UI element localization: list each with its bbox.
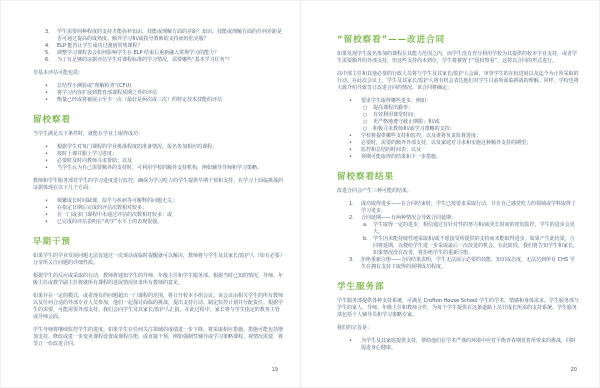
sub-list-item-text: 提高课程出勤率； [373,105,579,112]
bullet-icon: • [45,165,57,172]
list-letter: b. [363,236,373,257]
list-item: • 监控和总结的时间表；以及 [337,147,579,154]
services-paragraph: 我们的宗旨是： [337,325,579,332]
bullet-icon: • [45,198,57,205]
bullet-icon: • [349,338,361,352]
result-sub-item: a. 学生取得一定的进步，相信通过有针对性的努力和/或更长时间的密切监控，学生的… [337,222,579,236]
list-item-text: 当学生认为自己需要额外的支持时，可利用学校的额外支持机构，例如辅导导师和学习策略… [57,165,284,172]
question-list: 3. 学生需要何种程度的支持才能弥补知识、技能或理解方面的差距？知识、技能或理解… [33,29,284,64]
list-item: • 衡量已经或将被展示至少一次（最好是两次或三次）的特定技术技能的评估 [33,97,284,104]
result-text: 成功取得进步——在合同结束时，学生已按要求采取行动，并在自己感觉吃力的领域或学科… [361,201,579,215]
question-text: 学生需要何种程度的支持才能弥补知识、技能或理解方面的差距？知识、技能或理解方面的… [57,29,284,43]
page-left: 3. 学生需要何种程度的支持才能弥补知识、技能或理解方面的差距？知识、技能或理解… [1,1,300,387]
bullet-icon: • [45,83,57,90]
list-item: • 频繁或长时间缺课，似乎与疾病等可解释的问题无关； [33,198,284,205]
list-item: • 必要时，需要的额外外部支持，以及家庭对寻求和实施这种额外支持的期望； [337,140,579,147]
list-item: • 已完成的评估表明在“初学”水平上的表现很强。 [33,219,284,226]
list-item-text: 必要时及时向教师寻求帮助；以及 [57,158,284,165]
question-text: ELP 能否让学生成功过渡到常规课程？ [57,43,284,50]
sub-list-item: ○ 更严格地遵守截止期限；和/或 [337,119,579,126]
list-number: 5. [45,50,57,57]
non-basic-intro: 非基本评估可能包括： [33,70,284,77]
section-heading-results: 留校察看结果 [337,170,579,182]
sub-list-item: ○ 有效利用课堂时间； [337,112,579,119]
bullet-icon: • [45,90,57,97]
result-item: 1. 成功取得进步——在合同结束时，学生已按要求采取行动，并在自己感觉吃力的领域… [337,201,579,215]
bullet-icon: • [349,154,361,161]
section-heading-early-intervention: 早期干预 [33,235,284,247]
bullet-icon: • [349,147,361,154]
early-paragraph: 如果学生的学业发展问题无法仅通过一次谈话或临时提醒就可以解决，教师将与学生及其家… [33,253,284,267]
question-text: 为了有足够的证据评估学生对课程标准的学习情况，需要哪些“基本学习任务”？ [57,57,284,64]
monitor-list: • 频繁或长时间缺课，似乎与疾病等可解释的问题无关； • 在指定日期后完成的评估… [33,198,284,226]
early-paragraph: 如果存在一定的模式，或者现有的问题超出一门课程的范围，将召开校本小组会议。该会议… [33,293,284,321]
list-item: • 为学生及其家庭提供支持，帮助他们在学术严谨的环境中应对平衡青春期发育所带来的… [337,338,579,352]
list-item: • 必要时及时向教师寻求帮助；以及 [33,158,284,165]
bullet-icon: • [45,151,57,158]
list-number: 6. [45,57,57,64]
list-number: 3. [349,257,361,271]
result-sub-text: 学生取得一定的进步，相信通过有针对性的努力和/或更长时间的密切监控，学生的进步会… [373,222,579,236]
list-item-text: 已完成的评估表明在“初学”水平上的表现很强。 [57,219,284,226]
result-sub-item: b. 学生因未能持续性地采取和/或不愿接受所提供的支持而未能取得进步。如果产生此… [337,236,579,257]
result-text: 合同延期——有两种情况会导致合同延期： [361,215,579,222]
bullet-icon: • [45,212,57,219]
sub-list-item: ○ 积极寻求教师和/或学习策略的支持； [337,126,579,133]
probation-list: • 根据学生对每门课程的学业挑战程度的准备情况，报名参加相应的课程； • 按时上… [33,144,284,172]
services-paragraph: 学生服务部提供各种支持系统，可满足 Crofton House School 学… [337,298,579,319]
list-item-text: 必要时，需要的额外外部支持，以及家庭对寻求和实施这种额外支持的期望； [361,140,579,147]
question-item: 3. 学生需要何种程度的支持才能弥补知识、技能或理解方面的差距？知识、技能或理解… [33,29,284,43]
question-item: 6. 为了有足够的证据评估学生对课程标准的学习情况，需要哪些“基本学习任务”？ [33,57,284,64]
contract-list: • 要求学生取得哪些进步，例如： ○ 提高课程出勤率； ○ 有效利用课堂时间； … [337,98,579,161]
list-number: 2. [349,215,361,222]
sub-bullet-icon: ○ [363,126,373,133]
list-letter: a. [363,222,373,236]
sub-list-item: ○ 提高课程出勤率； [337,105,579,112]
page-seam-divider [299,1,302,387]
bullet-icon: • [349,133,361,140]
bullet-icon: • [45,219,57,226]
question-text: 调整学习课程表会如何影响学生在 ELP 结束后重新融入常规学习的能力？ [57,50,284,57]
sub-list-item-text: 更严格地遵守截止期限；和/或 [373,119,579,126]
page-number: 20 [571,367,577,373]
list-item: • 当学生认为自己需要额外的支持时，可利用学校的额外支持机构，例如辅导导师和学习… [33,165,284,172]
early-paragraph: 根据学生的反应或采取的行动，教师将通知学生的导师、年级主任和学生服务部。根据当时… [33,273,284,287]
result-sub-text: 学生因未能持续性地采取和/或不愿接受所提供的支持而未能取得进步。如果产生此结果，… [373,236,579,257]
list-item-text: 为学生及其家庭提供支持，帮助他们在学术严谨的环境中应对平衡青春期发育所带来的挑战… [361,338,579,352]
section-heading-contract: “留校察看”——改进合同 [337,33,579,45]
section-heading-student-services: 学生服务部 [337,280,579,292]
document-spread: 3. 学生需要何种程度的支持才能弥补知识、技能或理解方面的差距？知识、技能或理解… [0,0,600,388]
list-item-text: 预期可能取得的结果和下一步措施。 [361,154,579,161]
question-item: 4. ELP 能否让学生成功过渡到常规课程？ [33,43,284,50]
list-item: • 学校将提供哪些支持和监控，以及谁将负责监督进度； [337,133,579,140]
list-item-text: 在指定日期后完成的评估次数相对较多； [57,205,284,212]
list-item-text: 频繁或长时间缺课，似乎与疾病等可解释的问题无关； [57,198,284,205]
list-item-text: 按时上课并跟上学习进度； [57,151,284,158]
list-item: • 总结性小测验或“理解检查”(CFU) [33,83,284,90]
list-item-text: 衡量已经或将被展示至少一次（最好是两次或三次）的特定技术技能的评估 [57,97,284,104]
result-item: 3. 拒绝重新注册——合同结果表明，学生无法展示必要的技能、知识或态度，无法达到… [337,257,579,271]
page-number: 19 [272,367,278,373]
list-item: • 根据学生对每门课程的学业挑战程度的准备情况，报名参加相应的课程； [33,144,284,151]
list-item-text: 将学习内容扩展到教育部课程预期之外的评估 [57,90,284,97]
list-item-text: 要求学生取得哪些进步，例如： [361,98,579,105]
bullet-icon: • [349,98,361,105]
contract-paragraph: 高中部主任和其他必要的行政人员将与学生及其家长/监护人会面，审查学生的在校进展以… [337,71,579,92]
list-number: 3. [45,29,57,43]
list-item-text: 在一门或多门课程中未通过评估的次数相对较多；或 [57,212,284,219]
results-list: 1. 成功取得进步——在合同结束时，学生已按要求采取行动，并在自己感觉吃力的领域… [337,201,579,271]
bullet-icon: • [349,140,361,147]
result-text: 拒绝重新注册——合同结果表明，学生无法展示必要的技能、知识或态度，无法达到所有 … [361,257,579,271]
list-item-text: 学校将提供哪些支持和监控，以及谁将负责监督进度； [361,133,579,140]
services-list: • 为学生及其家庭提供支持，帮助他们在学术严谨的环境中应对平衡青春期发育所带来的… [337,338,579,352]
bullet-icon: • [45,97,57,104]
bullet-icon: • [45,158,57,165]
results-intro: 改进合同会产生三种可能的结果。 [337,188,579,195]
page-right: “留校察看”——改进合同 如果发现学生报名参加的课程在其能力范围之内，而学生没有… [300,1,599,387]
list-item-text: 总结性小测验或“理解检查”(CFU) [57,83,284,90]
contract-paragraph: 如果发现学生报名参加的课程在其能力范围之内，而学生没有充分利用学校为其提供的校本… [337,51,579,65]
list-item-text: 根据学生对每门课程的学业挑战程度的准备情况，报名参加相应的课程； [57,144,284,151]
list-number: 1. [349,201,361,215]
sub-bullet-icon: ○ [363,112,373,119]
result-item: 2. 合同延期——有两种情况会导致合同延期： [337,215,579,222]
early-paragraph: 学生导师将继续监控学生的进度。如果学生在任何关注领域的成绩进一步下降，将采取相应… [33,327,284,348]
sub-list-item-text: 有效利用课堂时间； [373,112,579,119]
list-item: • 在一门或多门课程中未通过评估的次数相对较多；或 [33,212,284,219]
sub-bullet-icon: ○ [363,105,373,112]
list-item: • 要求学生取得哪些进步，例如： [337,98,579,105]
question-item: 5. 调整学习课程表会如何影响学生在 ELP 结束后重新融入常规学习的能力？ [33,50,284,57]
bullet-icon: • [45,205,57,212]
list-item: • 预期可能取得的结果和下一步措施。 [337,154,579,161]
list-number: 4. [45,43,57,50]
non-basic-list: • 总结性小测验或“理解检查”(CFU) • 将学习内容扩展到教育部课程预期之外… [33,83,284,104]
sub-bullet-icon: ○ [363,119,373,126]
probation-intro: 当学生满足以下条件时，就能在学业上取得成功： [33,131,284,138]
section-heading-probation: 留校察看 [33,113,284,125]
list-item-text: 监控和总结的时间表；以及 [361,147,579,154]
monitor-paragraph: 教师和学生服务部对学生的学习进度进行监控，确保为学习吃力的学生提供早期干预和支持… [33,178,284,192]
list-item: • 在指定日期后完成的评估次数相对较多； [33,205,284,212]
sub-list-item-text: 积极寻求教师和/或学习策略的支持； [373,126,579,133]
bullet-icon: • [45,144,57,151]
list-item: • 按时上课并跟上学习进度； [33,151,284,158]
list-item: • 将学习内容扩展到教育部课程预期之外的评估 [33,90,284,97]
